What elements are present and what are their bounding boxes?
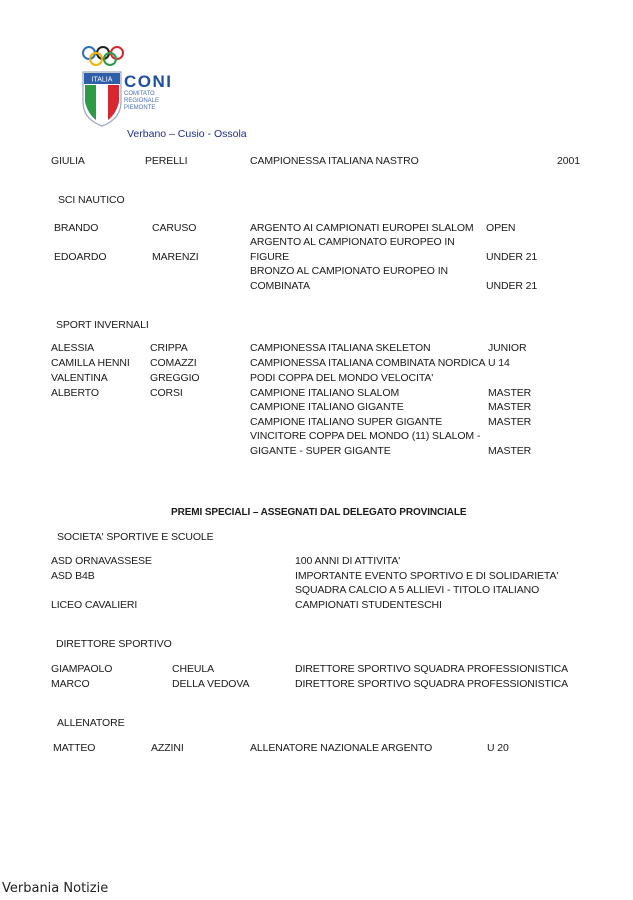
award: FIGURE (250, 250, 289, 264)
category: MASTER (488, 386, 531, 400)
award: PODI COPPA DEL MONDO VELOCITA' (250, 371, 433, 385)
category: MASTER (488, 400, 531, 414)
category: OPEN (486, 221, 515, 235)
first-name: GIAMPAOLO (51, 662, 112, 676)
category: UNDER 21 (486, 250, 537, 264)
award: COMBINATA (250, 279, 310, 293)
award: CAMPIONESSA ITALIANA NASTRO (250, 154, 419, 168)
last-name: MARENZI (152, 250, 199, 264)
region-subtitle: Verbano – Cusio - Ossola (127, 128, 247, 140)
last-name: GREGGIO (150, 371, 199, 385)
award: ARGENTO AI CAMPIONATI EUROPEI SLALOM (250, 221, 474, 235)
category: U 20 (487, 741, 509, 755)
society-name: ASD B4B (51, 569, 95, 583)
award: ALLENATORE NAZIONALE ARGENTO (250, 741, 432, 755)
award: 100 ANNI DI ATTIVITA' (295, 554, 400, 568)
first-name: VALENTINA (51, 371, 108, 385)
category: MASTER (488, 444, 531, 458)
coni-logo-subtitle: COMITATO REGIONALE PIEMONTE (124, 91, 159, 112)
last-name: PERELLI (145, 154, 188, 168)
last-name: COMAZZI (150, 356, 197, 370)
award: DIRETTORE SPORTIVO SQUADRA PROFESSIONIST… (295, 677, 568, 691)
award: BRONZO AL CAMPIONATO EUROPEO IN (250, 264, 448, 278)
first-name: MARCO (51, 677, 90, 691)
last-name: DELLA VEDOVA (172, 677, 249, 691)
year: 2001 (557, 154, 580, 168)
award: VINCITORE COPPA DEL MONDO (11) SLALOM - (250, 429, 480, 443)
section-title-premi-speciali: PREMI SPECIALI – ASSEGNATI DAL DELEGATO … (171, 506, 467, 520)
document-page: ITALIA CONI COMITATO REGIONALE PIEMONTE … (0, 0, 633, 880)
category: UNDER 21 (486, 279, 537, 293)
award: CAMPIONE ITALIANO SUPER GIGANTE (250, 415, 442, 429)
award: IMPORTANTE EVENTO SPORTIVO E DI SOLIDARI… (295, 569, 558, 583)
last-name: AZZINI (151, 741, 184, 755)
award: CAMPIONESSA ITALIANA SKELETON (250, 341, 431, 355)
category: MASTER (488, 415, 531, 429)
society-name: ASD ORNAVASSESE (51, 554, 152, 568)
watermark: Verbania Notizie (2, 881, 108, 896)
last-name: CORSI (150, 386, 183, 400)
category: U 14 (488, 356, 510, 370)
section-title-sport-invernali: SPORT INVERNALI (56, 318, 149, 332)
section-title-societa: SOCIETA' SPORTIVE E SCUOLE (57, 530, 214, 544)
last-name: CARUSO (152, 221, 196, 235)
first-name: GIULIA (51, 154, 85, 168)
award: CAMPIONE ITALIANO GIGANTE (250, 400, 404, 414)
last-name: CHEULA (172, 662, 214, 676)
award: CAMPIONE ITALIANO SLALOM (250, 386, 399, 400)
first-name: MATTEO (53, 741, 95, 755)
award: GIGANTE - SUPER GIGANTE (250, 444, 391, 458)
award: DIRETTORE SPORTIVO SQUADRA PROFESSIONIST… (295, 662, 568, 676)
award: CAMPIONESSA ITALIANA COMBINATA NORDICA (250, 356, 485, 370)
first-name: ALESSIA (51, 341, 94, 355)
section-title-direttore: DIRETTORE SPORTIVO (56, 637, 172, 651)
society-name: LICEO CAVALIERI (51, 598, 137, 612)
section-title-allenatore: ALLENATORE (57, 716, 124, 730)
award: ARGENTO AL CAMPIONATO EUROPEO IN (250, 235, 455, 249)
award: SQUADRA CALCIO A 5 ALLIEVI - TITOLO ITAL… (295, 583, 539, 597)
first-name: CAMILLA HENNI (51, 356, 130, 370)
last-name: CRIPPA (150, 341, 188, 355)
coni-logo-title: CONI (124, 72, 173, 92)
first-name: EDOARDO (54, 250, 106, 264)
svg-text:ITALIA: ITALIA (92, 77, 113, 84)
first-name: BRANDO (54, 221, 98, 235)
award: CAMPIONATI STUDENTESCHI (295, 598, 442, 612)
section-title-sci-nautico: SCI NAUTICO (58, 193, 125, 207)
first-name: ALBERTO (51, 386, 99, 400)
category: JUNIOR (488, 341, 526, 355)
